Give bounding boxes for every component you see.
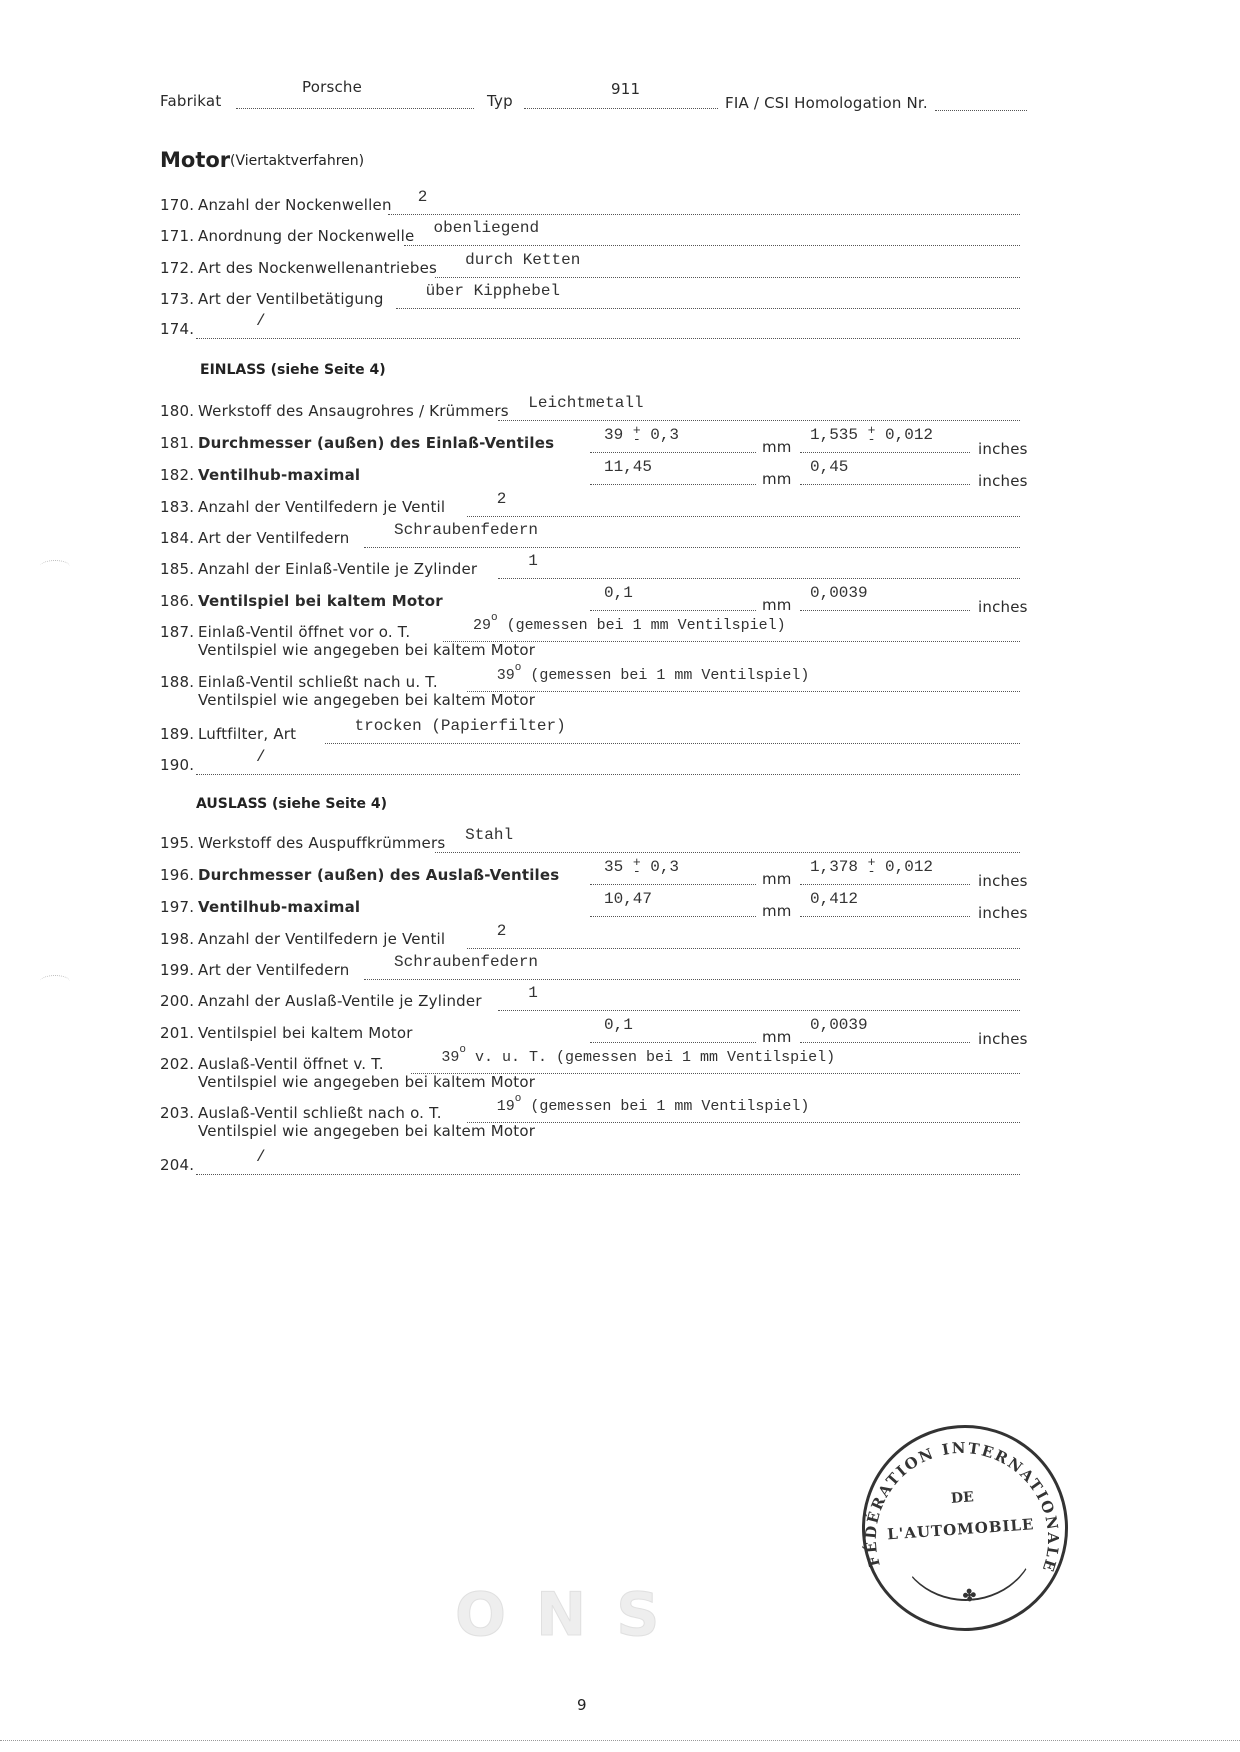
item-number: 204. <box>160 1156 194 1174</box>
field-value[interactable]: 1 <box>528 984 538 1002</box>
item-number: 197. <box>160 898 194 916</box>
plus-minus-sign: +- <box>633 858 641 876</box>
value-angle[interactable]: 39o v. u. T. (gemessen bei 1 mm Ventilsp… <box>441 1049 835 1066</box>
item-label: Werkstoff des Ansaugrohres / Krümmers <box>198 402 509 420</box>
item-label: Auslaß-Ventil öffnet v. T. <box>198 1055 384 1073</box>
field-value[interactable]: obenliegend <box>434 219 540 237</box>
item-label: Ventilspiel bei kaltem Motor <box>198 1024 413 1042</box>
unit-inches: inches <box>978 598 1028 616</box>
item-number: 183. <box>160 498 194 516</box>
field-value[interactable]: / <box>256 1148 266 1166</box>
item-label: Anzahl der Einlaß-Ventile je Zylinder <box>198 560 477 578</box>
typ-field-line <box>524 108 718 109</box>
item-number: 180. <box>160 402 194 420</box>
value-mm[interactable]: 11,45 <box>604 458 652 476</box>
dotted-field-line <box>800 452 970 453</box>
value-mm[interactable]: 39 +- 0,3 <box>604 426 679 444</box>
unit-inches: inches <box>978 1030 1028 1048</box>
item-number: 172. <box>160 259 194 277</box>
value-inches[interactable]: 1,378 +- 0,012 <box>810 858 933 876</box>
dotted-field-line <box>498 420 1020 421</box>
field-value[interactable]: Leichtmetall <box>528 394 643 412</box>
dotted-field-line <box>364 979 1020 980</box>
item-number: 195. <box>160 834 194 852</box>
value-angle[interactable]: 19o (gemessen bei 1 mm Ventilspiel) <box>497 1098 810 1115</box>
item-number: 203. <box>160 1104 194 1122</box>
value-inches[interactable]: 0,0039 <box>810 1016 868 1034</box>
page-number: 9 <box>577 1696 587 1714</box>
typ-value[interactable]: 911 <box>611 80 640 98</box>
field-value[interactable]: Schraubenfedern <box>394 953 538 971</box>
field-value[interactable]: durch Ketten <box>465 251 580 269</box>
field-value[interactable]: / <box>256 748 266 766</box>
dotted-field-line <box>325 743 1021 744</box>
bottom-edge-dots <box>0 1740 1240 1741</box>
typ-label: Typ <box>487 92 513 110</box>
value-angle[interactable]: 39o (gemessen bei 1 mm Ventilspiel) <box>497 667 810 684</box>
dotted-field-line <box>498 1010 1020 1011</box>
field-value[interactable]: 1 <box>528 552 538 570</box>
item-label: Einlaß-Ventil öffnet vor o. T. <box>198 623 410 641</box>
dotted-field-line <box>196 1174 1020 1175</box>
dotted-field-line <box>396 308 1020 309</box>
item-number: 187. <box>160 623 194 641</box>
unit-inches: inches <box>978 904 1028 922</box>
item-label: Art der Ventilfedern <box>198 961 349 979</box>
item-number: 198. <box>160 930 194 948</box>
item-number: 188. <box>160 673 194 691</box>
item-label: Werkstoff des Auspuffkrümmers <box>198 834 445 852</box>
item-label: Anzahl der Ventilfedern je Ventil <box>198 930 445 948</box>
unit-mm: mm <box>762 1028 792 1046</box>
item-number: 199. <box>160 961 194 979</box>
item-label: Ventilhub-maximal <box>198 466 360 484</box>
dotted-field-line <box>800 916 970 917</box>
fabrikat-value[interactable]: Porsche <box>302 78 362 96</box>
item-label: Ventilspiel bei kaltem Motor <box>198 592 443 610</box>
dotted-field-line <box>196 338 1020 339</box>
item-label: Durchmesser (außen) des Einlaß-Ventiles <box>198 434 554 452</box>
item-sub-label: Ventilspiel wie angegeben bei kaltem Mot… <box>198 1073 535 1091</box>
unit-inches: inches <box>978 872 1028 890</box>
value-mm[interactable]: 0,1 <box>604 584 633 602</box>
item-number: 174. <box>160 320 194 338</box>
item-label: Auslaß-Ventil schließt nach o. T. <box>198 1104 442 1122</box>
dotted-field-line <box>800 884 970 885</box>
item-number: 202. <box>160 1055 194 1073</box>
homologation-field-line[interactable] <box>935 110 1027 111</box>
section-title-auslass: AUSLASS (siehe Seite 4) <box>196 796 387 812</box>
section-title-einlass: EINLASS (siehe Seite 4) <box>200 362 386 378</box>
field-value[interactable]: Stahl <box>465 826 513 844</box>
item-label: Luftfilter, Art <box>198 725 296 743</box>
dotted-field-line <box>404 245 1021 246</box>
homologation-label: FIA / CSI Homologation Nr. <box>725 94 928 112</box>
dotted-field-line <box>388 214 1020 215</box>
value-mm[interactable]: 0,1 <box>604 1016 633 1034</box>
dotted-field-line <box>467 516 1020 517</box>
dotted-field-line <box>467 1122 1020 1123</box>
dotted-field-line <box>590 610 756 611</box>
item-number: 181. <box>160 434 194 452</box>
dotted-field-line <box>800 484 970 485</box>
field-value[interactable]: 2 <box>497 922 507 940</box>
degree-sign: o <box>491 612 498 624</box>
field-value[interactable]: 2 <box>497 490 507 508</box>
value-angle[interactable]: 29o (gemessen bei 1 mm Ventilspiel) <box>473 617 786 634</box>
unit-mm: mm <box>762 870 792 888</box>
field-value[interactable]: Schraubenfedern <box>394 521 538 539</box>
binder-hole-mark <box>40 560 70 573</box>
ons-perforation-watermark: ONS <box>455 1580 689 1650</box>
item-label: Einlaß-Ventil schließt nach u. T. <box>198 673 438 691</box>
value-inches[interactable]: 1,535 +- 0,012 <box>810 426 933 444</box>
plus-minus-sign: +- <box>868 426 876 444</box>
unit-inches: inches <box>978 440 1028 458</box>
unit-inches: inches <box>978 472 1028 490</box>
value-inches[interactable]: 0,0039 <box>810 584 868 602</box>
item-number: 184. <box>160 529 194 547</box>
dotted-field-line <box>800 1042 970 1043</box>
stamp-ring-text: FÉDÉRATION INTERNATIONALE <box>852 1415 1072 1635</box>
field-value[interactable]: 2 <box>418 188 428 206</box>
item-label: Durchmesser (außen) des Auslaß-Ventiles <box>198 866 559 884</box>
fabrikat-label: Fabrikat <box>160 92 221 110</box>
dotted-field-line <box>590 1042 756 1043</box>
degree-sign: o <box>515 662 522 674</box>
item-number: 196. <box>160 866 194 884</box>
item-label: Anzahl der Auslaß-Ventile je Zylinder <box>198 992 482 1010</box>
item-sub-label: Ventilspiel wie angegeben bei kaltem Mot… <box>198 1122 535 1140</box>
item-number: 189. <box>160 725 194 743</box>
item-label: Art der Ventilfedern <box>198 529 349 547</box>
dotted-field-line <box>498 578 1020 579</box>
plus-minus-sign: +- <box>868 858 876 876</box>
dotted-field-line <box>590 916 756 917</box>
dotted-field-line <box>467 691 1020 692</box>
degree-sign: o <box>515 1093 522 1105</box>
field-value[interactable]: über Kipphebel <box>426 282 560 300</box>
value-inches[interactable]: 0,412 <box>810 890 858 908</box>
dotted-field-line <box>800 610 970 611</box>
item-number: 186. <box>160 592 194 610</box>
dotted-field-line <box>196 774 1020 775</box>
item-label: Anzahl der Nockenwellen <box>198 196 392 214</box>
degree-sign: o <box>459 1044 466 1056</box>
dotted-field-line <box>590 452 756 453</box>
field-value[interactable]: trocken (Papierfilter) <box>355 717 566 735</box>
item-number: 185. <box>160 560 194 578</box>
plus-minus-sign: +- <box>633 426 641 444</box>
item-label: Ventilhub-maximal <box>198 898 360 916</box>
item-number: 173. <box>160 290 194 308</box>
unit-mm: mm <box>762 596 792 614</box>
item-number: 170. <box>160 196 194 214</box>
section-subtitle: (Viertaktverfahren) <box>230 153 364 169</box>
value-mm[interactable]: 35 +- 0,3 <box>604 858 679 876</box>
item-number: 200. <box>160 992 194 1010</box>
binder-hole-mark <box>40 975 70 988</box>
fabrikat-field-line <box>236 108 474 109</box>
item-number: 190. <box>160 756 194 774</box>
item-sub-label: Ventilspiel wie angegeben bei kaltem Mot… <box>198 691 535 709</box>
item-number: 171. <box>160 227 194 245</box>
item-label: Art der Ventilbetätigung <box>198 290 384 308</box>
item-label: Art des Nockenwellenantriebes <box>198 259 437 277</box>
dotted-field-line <box>435 852 1020 853</box>
value-inches[interactable]: 0,45 <box>810 458 848 476</box>
item-number: 182. <box>160 466 194 484</box>
value-mm[interactable]: 10,47 <box>604 890 652 908</box>
item-label: Anordnung der Nockenwelle <box>198 227 414 245</box>
dotted-field-line <box>467 948 1020 949</box>
item-label: Anzahl der Ventilfedern je Ventil <box>198 498 445 516</box>
unit-mm: mm <box>762 438 792 456</box>
item-sub-label: Ventilspiel wie angegeben bei kaltem Mot… <box>198 641 535 659</box>
dotted-field-line <box>435 277 1020 278</box>
unit-mm: mm <box>762 902 792 920</box>
item-number: 201. <box>160 1024 194 1042</box>
dotted-field-line <box>590 884 756 885</box>
unit-mm: mm <box>762 470 792 488</box>
field-value[interactable]: / <box>256 312 266 330</box>
svg-text:FÉDÉRATION INTERNATIONALE: FÉDÉRATION INTERNATIONALE <box>862 1439 1062 1575</box>
dotted-field-line <box>364 547 1020 548</box>
section-title-motor: Motor <box>160 148 230 172</box>
dotted-field-line <box>590 484 756 485</box>
